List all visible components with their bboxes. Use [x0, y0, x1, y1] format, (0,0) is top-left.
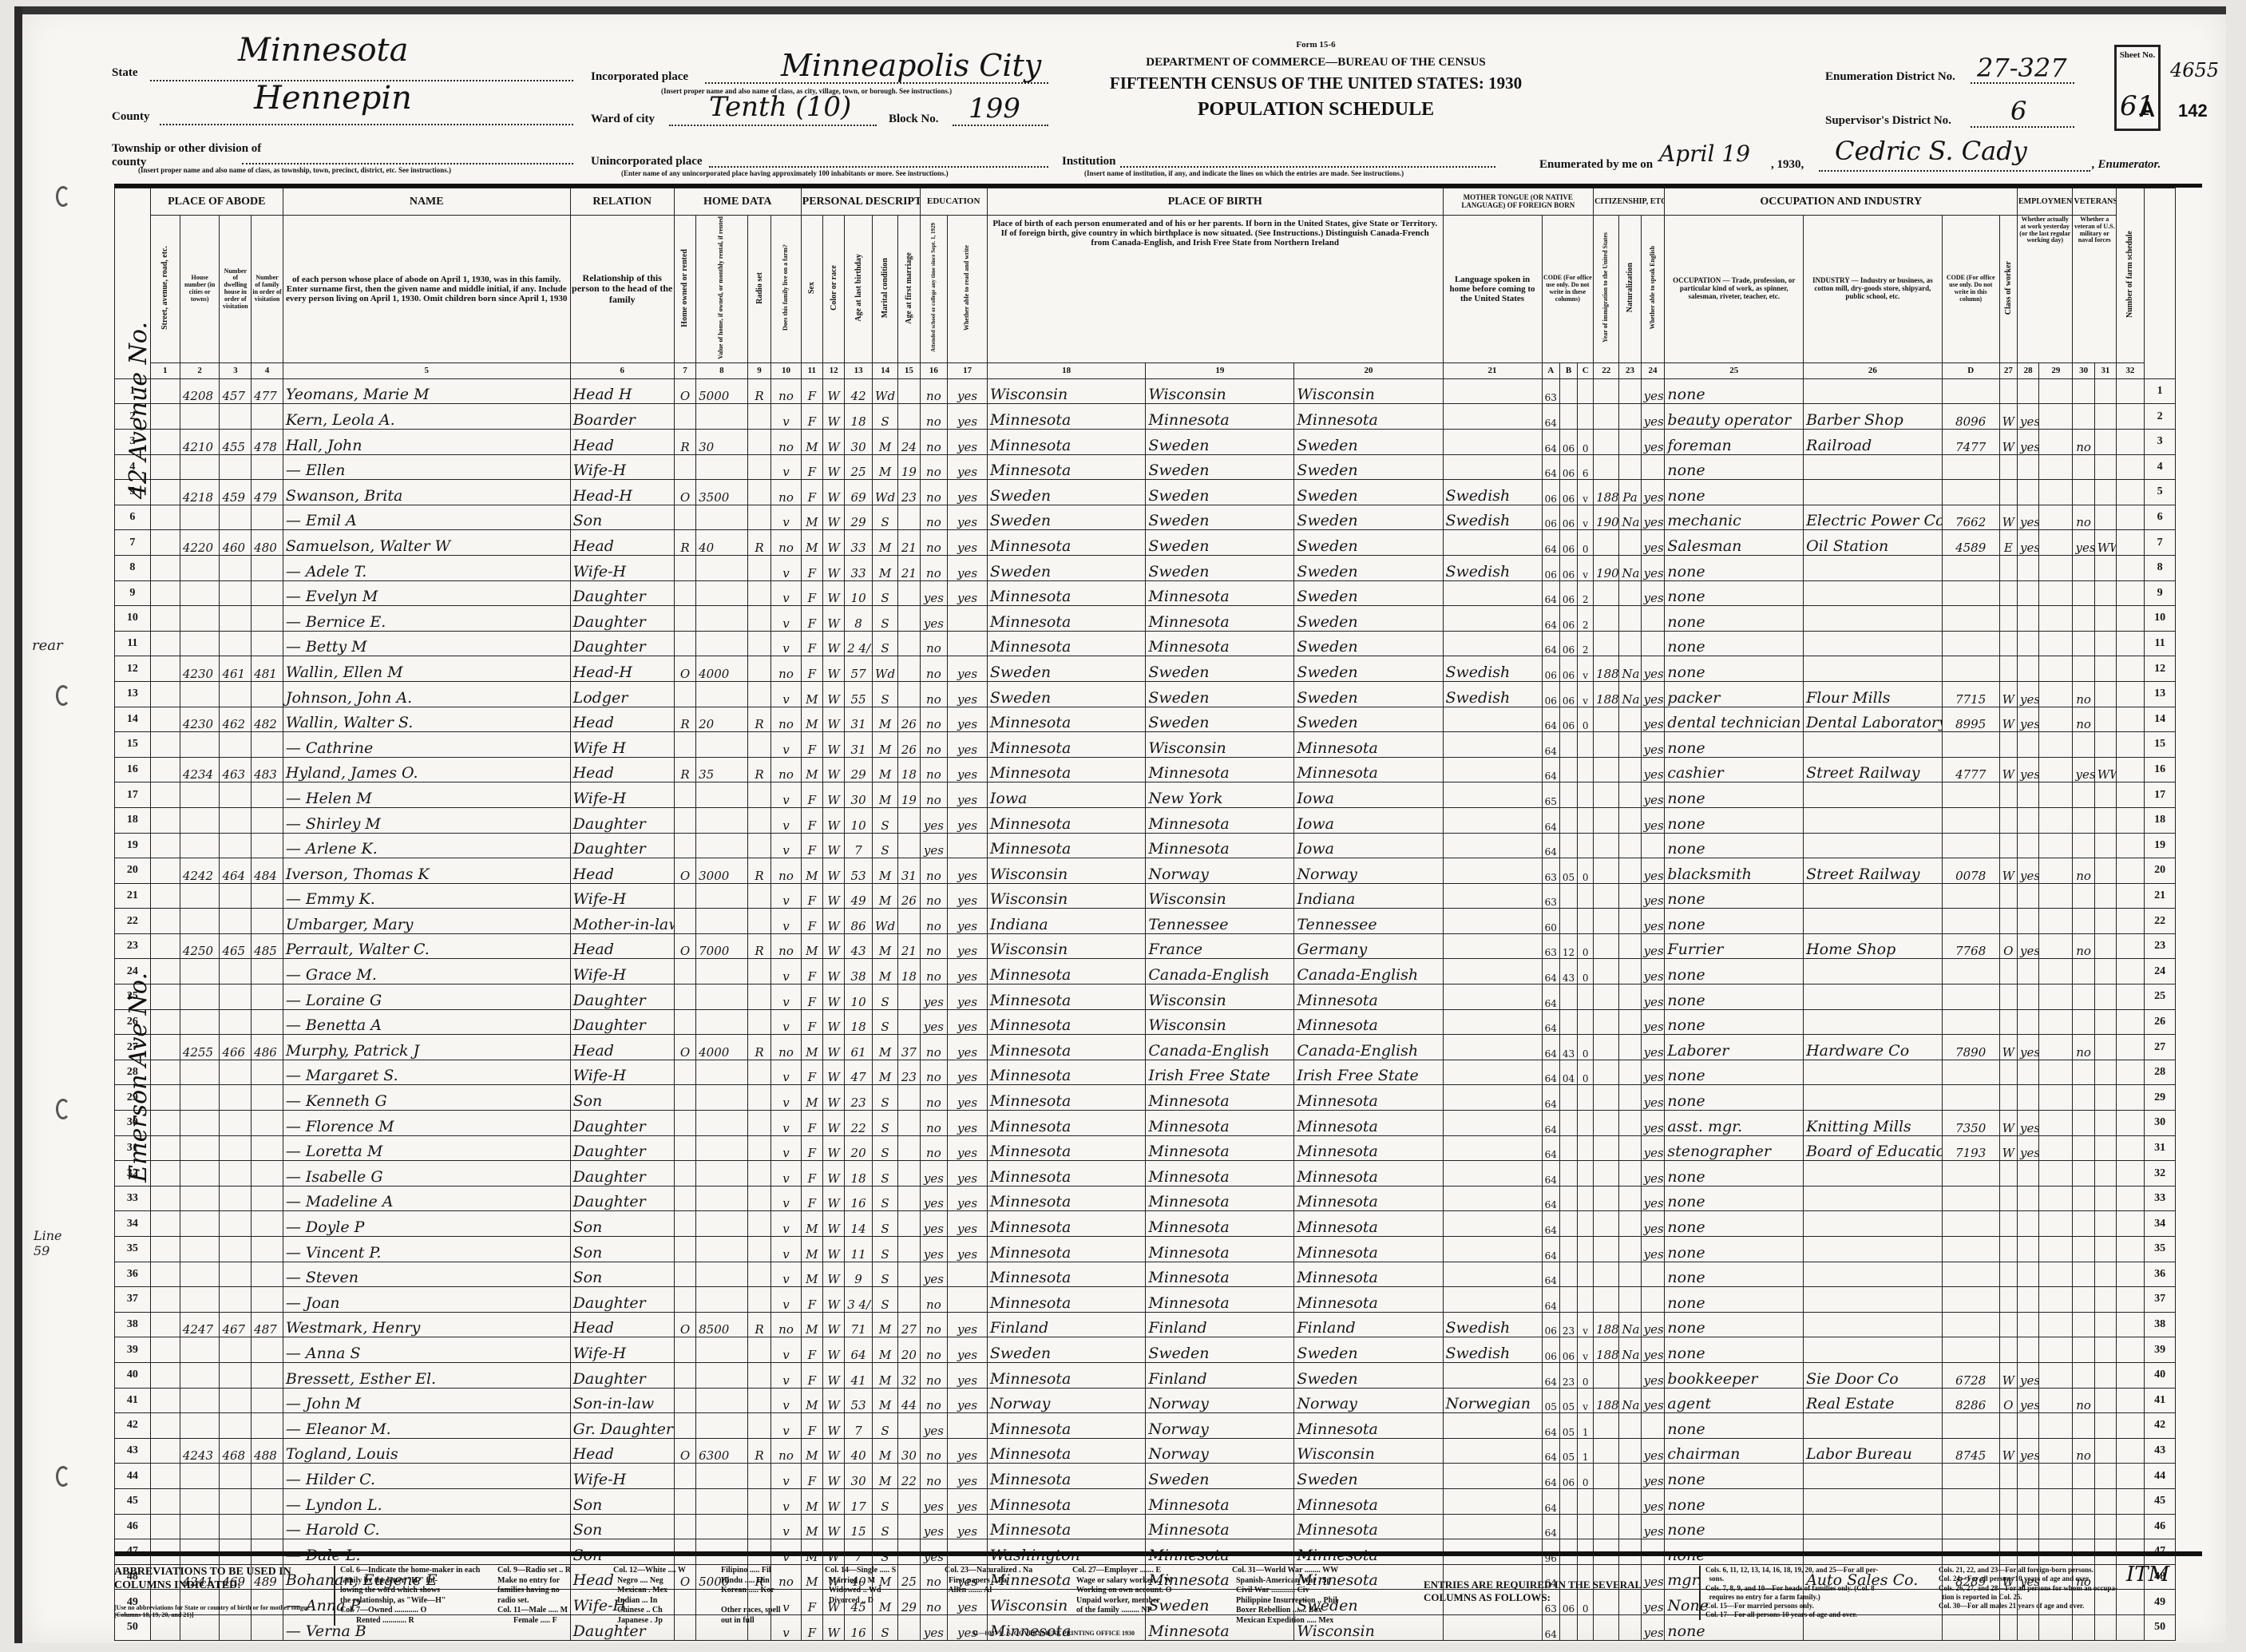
- cell-family: [252, 681, 283, 707]
- cell-cC: [1578, 833, 1594, 858]
- cell-marital: M: [872, 1337, 897, 1363]
- cell-immig: [1594, 883, 1619, 909]
- cell-ind: Hardware Co: [1804, 1035, 1943, 1060]
- cell-natur: [1619, 984, 1641, 1010]
- cell-marital: S: [872, 807, 897, 833]
- cell-mbp: Sweden: [1294, 555, 1443, 580]
- cell-bp: Sweden: [987, 1337, 1145, 1363]
- cell-marital: Wd: [872, 656, 897, 682]
- line-number: 22: [115, 909, 151, 934]
- cell-radio: [747, 1211, 771, 1237]
- cell-fbp: Minnesota: [1146, 1161, 1294, 1187]
- cell-family: [252, 1111, 283, 1136]
- group-place-of-abode: PLACE OF ABODE: [150, 188, 283, 216]
- line-number-right: 9: [2144, 580, 2176, 606]
- cell-marital: Wd: [872, 480, 897, 505]
- cell-unemp: [2039, 1388, 2073, 1413]
- cell-radio: [747, 404, 771, 430]
- cell-name: Samuelson, Walter W: [283, 530, 570, 556]
- cell-cls: [1999, 1009, 2017, 1035]
- reviewer-initials: ITM: [2126, 1563, 2169, 1587]
- cell-owned: [674, 807, 695, 833]
- cell-war: [2094, 1009, 2116, 1035]
- cell-value: [696, 1514, 748, 1539]
- cell-street: [150, 732, 180, 758]
- cell-cls: W: [1999, 1362, 2017, 1388]
- cell-fbp: Wisconsin: [1146, 984, 1294, 1010]
- cell-english: yes: [1641, 1488, 1665, 1514]
- line-number-right: 8: [2144, 555, 2176, 580]
- cell-fbp: Sweden: [1146, 480, 1294, 505]
- cell-radio: [747, 681, 771, 707]
- cell-owned: O: [674, 656, 695, 682]
- cell-war: [2094, 707, 2116, 732]
- table-row: 44— Hilder C.Wife-HvFW30M22noyesMinnesot…: [115, 1464, 2202, 1489]
- cell-english: yes: [1641, 707, 1665, 732]
- cell-war: [2094, 1135, 2116, 1161]
- cell-cls: W: [1999, 858, 2017, 884]
- group-personal: PERSONAL DESCRIPTION: [801, 188, 920, 216]
- cell-read: yes: [948, 858, 988, 884]
- cell-dwelling: [220, 1135, 252, 1161]
- cell-relation: Daughter: [570, 807, 674, 833]
- cell-family: [252, 1514, 283, 1539]
- cell-race: W: [822, 1514, 844, 1539]
- cell-cA: 64: [1542, 1085, 1559, 1111]
- cell-value: [696, 1237, 748, 1262]
- cell-read: [948, 1262, 988, 1287]
- cell-relation: Daughter: [570, 833, 674, 858]
- cell-code: [1942, 1464, 1999, 1489]
- cell-natur: [1619, 858, 1641, 884]
- cell-cls: E: [1999, 530, 2017, 556]
- cell-age: 64: [845, 1337, 873, 1363]
- cell-unemp: [2039, 933, 2073, 959]
- cell-immig: [1594, 1488, 1619, 1514]
- cell-value: [696, 732, 748, 758]
- cell-fbp: Wisconsin: [1146, 732, 1294, 758]
- department: DEPARTMENT OF COMMERCE—BUREAU OF THE CEN…: [1140, 56, 1491, 69]
- cell-school: no: [920, 1337, 948, 1363]
- abbr-col27: Col. 27—Employer ....... E Wage or salar…: [1072, 1566, 1172, 1616]
- cell-age-marr: 19: [898, 454, 920, 480]
- cell-radio: [747, 959, 771, 984]
- cell-sex: M: [801, 1312, 822, 1337]
- cell-immig: [1594, 430, 1619, 455]
- cell-fbp: Minnesota: [1146, 1287, 1294, 1313]
- cell-natur: [1619, 807, 1641, 833]
- cell-owned: [674, 1161, 695, 1187]
- cell-school: no: [920, 1312, 948, 1337]
- cell-farm: v: [771, 1060, 801, 1085]
- cell-farm: v: [771, 1135, 801, 1161]
- cell-bp: Minnesota: [987, 1009, 1145, 1035]
- cell-dwelling: [220, 1287, 252, 1313]
- column-number: 23: [1619, 362, 1641, 378]
- cell-radio: R: [747, 1438, 771, 1464]
- cell-work: [2018, 959, 2039, 984]
- cell-dwelling: [220, 681, 252, 707]
- column-number: 26: [1804, 362, 1943, 378]
- cell-tongue: [1443, 984, 1542, 1010]
- cell-immig: 1884: [1594, 1337, 1619, 1363]
- cell-occ: none: [1665, 959, 1804, 984]
- cell-unemp: [2039, 454, 2073, 480]
- line-number-right: 46: [2144, 1514, 2176, 1539]
- cell-radio: [747, 1237, 771, 1262]
- cell-farmsch: [2117, 1413, 2145, 1439]
- cell-age-marr: [898, 505, 920, 530]
- cell-relation: Daughter: [570, 1135, 674, 1161]
- cell-owned: [674, 1287, 695, 1313]
- cell-ind: Oil Station: [1804, 530, 1943, 556]
- cell-cls: [1999, 1413, 2017, 1439]
- cell-tongue: [1443, 1135, 1542, 1161]
- cell-bp: Minnesota: [987, 430, 1145, 455]
- cell-work: [2018, 807, 2039, 833]
- cell-bp: Norway: [987, 1388, 1145, 1413]
- cell-work: [2018, 580, 2039, 606]
- header-c3: Number of dwelling house in order of vis…: [220, 216, 252, 363]
- cell-ind: [1804, 1085, 1943, 1111]
- cell-war: [2094, 454, 2116, 480]
- cell-value: [696, 1211, 748, 1237]
- cell-mbp: Irish Free State: [1294, 1060, 1443, 1085]
- cell-unemp: [2039, 1009, 2073, 1035]
- enumerated-label: Enumerated by me on: [1539, 158, 1653, 172]
- cell-immig: [1594, 858, 1619, 884]
- cell-marital: M: [872, 757, 897, 782]
- cell-tongue: [1443, 1035, 1542, 1060]
- line-number: 17: [115, 782, 151, 808]
- cell-work: yes: [2018, 404, 2039, 430]
- cell-age-marr: 19: [898, 782, 920, 808]
- cell-mbp: Norway: [1294, 858, 1443, 884]
- cell-house: [180, 1362, 220, 1388]
- cell-street: [150, 707, 180, 732]
- column-number: 10: [771, 362, 801, 378]
- line-number-right: 39: [2144, 1337, 2176, 1363]
- cell-age-marr: [898, 1413, 920, 1439]
- cell-natur: [1619, 1035, 1641, 1060]
- cell-ind: [1804, 1464, 1943, 1489]
- cell-cB: 06: [1559, 631, 1577, 656]
- cell-immig: [1594, 378, 1619, 404]
- cell-name: Yeomans, Marie M: [283, 378, 570, 404]
- cell-name: — Margaret S.: [283, 1060, 570, 1085]
- cell-cls: [1999, 1514, 2017, 1539]
- header-c10: Does this family live on a farm?: [782, 244, 790, 331]
- cell-natur: [1619, 782, 1641, 808]
- cell-age: 33: [845, 530, 873, 556]
- cell-vet: [2073, 555, 2094, 580]
- cell-mbp: Sweden: [1294, 1362, 1443, 1388]
- cell-ind: [1804, 732, 1943, 758]
- cell-read: [948, 631, 988, 656]
- cell-cB: 06: [1559, 1464, 1577, 1489]
- cell-cls: W: [1999, 505, 2017, 530]
- cell-house: [180, 1262, 220, 1287]
- cell-bp: Minnesota: [987, 959, 1145, 984]
- cell-farm: v: [771, 555, 801, 580]
- cell-war: [2094, 933, 2116, 959]
- cell-relation: Son: [570, 505, 674, 530]
- cell-cA: 64: [1542, 1161, 1559, 1187]
- cell-dwelling: 460: [220, 530, 252, 556]
- cell-tongue: [1443, 1362, 1542, 1388]
- cell-owned: [674, 631, 695, 656]
- line-number-right: 3: [2144, 430, 2176, 455]
- cell-immig: [1594, 1514, 1619, 1539]
- cell-school: yes: [920, 1161, 948, 1187]
- cell-cls: [1999, 1312, 2017, 1337]
- cell-cls: W: [1999, 430, 2017, 455]
- cell-sex: F: [801, 606, 822, 632]
- cell-english: yes: [1641, 378, 1665, 404]
- cell-natur: [1619, 1060, 1641, 1085]
- cell-relation: Daughter: [570, 631, 674, 656]
- cell-english: yes: [1641, 1237, 1665, 1262]
- cell-house: 4250: [180, 933, 220, 959]
- cell-cC: 0: [1578, 858, 1594, 884]
- cell-age: 9: [845, 1262, 873, 1287]
- line-number: 34: [115, 1211, 151, 1237]
- cell-tongue: [1443, 631, 1542, 656]
- table-body: 14208457477Yeomans, Marie MHead HO5000Rn…: [115, 378, 2202, 1640]
- cell-work: yes: [2018, 1438, 2039, 1464]
- cell-farmsch: [2117, 1312, 2145, 1337]
- cell-farm: no: [771, 933, 801, 959]
- cell-vet: [2073, 883, 2094, 909]
- cell-war: [2094, 807, 2116, 833]
- cell-unemp: [2039, 1135, 2073, 1161]
- cell-war: [2094, 1237, 2116, 1262]
- cell-race: W: [822, 1337, 844, 1363]
- table-row: 40Bressett, Esther El.DaughtervFW41M32no…: [115, 1362, 2202, 1388]
- line-number-right: 11: [2144, 631, 2176, 656]
- cell-cA: 65: [1542, 782, 1559, 808]
- cell-cB: [1559, 1161, 1577, 1187]
- cell-dwelling: [220, 1237, 252, 1262]
- cell-read: yes: [948, 1362, 988, 1388]
- cell-read: yes: [948, 480, 988, 505]
- cell-radio: R: [747, 933, 771, 959]
- header-c24: Whether able to speak English: [1650, 246, 1657, 329]
- cell-bp: Minnesota: [987, 1035, 1145, 1060]
- cell-mbp: Minnesota: [1294, 1413, 1443, 1439]
- cell-vet: no: [2073, 707, 2094, 732]
- line-number: 8: [115, 555, 151, 580]
- cell-value: 4000: [696, 1035, 748, 1060]
- cell-occ: Salesman: [1665, 530, 1804, 556]
- cell-family: 477: [252, 378, 283, 404]
- cell-bp: Minnesota: [987, 1262, 1145, 1287]
- cell-read: yes: [948, 959, 988, 984]
- cell-occ: none: [1665, 606, 1804, 632]
- cell-street: [150, 1161, 180, 1187]
- cell-english: yes: [1641, 530, 1665, 556]
- institution-label: Institution: [1062, 155, 1116, 168]
- cell-house: [180, 454, 220, 480]
- cell-read: yes: [948, 933, 988, 959]
- line-number-right: 41: [2144, 1388, 2176, 1413]
- cell-mbp: Indiana: [1294, 883, 1443, 909]
- cell-natur: Na: [1619, 555, 1641, 580]
- cell-unemp: [2039, 1464, 2073, 1489]
- cell-sex: M: [801, 1262, 822, 1287]
- cell-sex: M: [801, 933, 822, 959]
- cell-family: [252, 1135, 283, 1161]
- cell-occ: blacksmith: [1665, 858, 1804, 884]
- cell-owned: [674, 1237, 695, 1262]
- cell-cC: [1578, 883, 1594, 909]
- cell-house: 4208: [180, 378, 220, 404]
- cell-sex: F: [801, 1186, 822, 1211]
- line-number: 10: [115, 606, 151, 632]
- cell-fbp: Canada-English: [1146, 1035, 1294, 1060]
- cell-dwelling: [220, 1009, 252, 1035]
- group-employment: EMPLOYMENT: [2018, 188, 2073, 216]
- cell-cC: v: [1578, 555, 1594, 580]
- cell-fbp: Sweden: [1146, 555, 1294, 580]
- cell-cA: 64: [1542, 757, 1559, 782]
- cell-farm: v: [771, 1362, 801, 1388]
- cell-race: W: [822, 606, 844, 632]
- cell-read: yes: [948, 656, 988, 682]
- cell-marital: M: [872, 1388, 897, 1413]
- cell-farm: no: [771, 530, 801, 556]
- cell-race: W: [822, 530, 844, 556]
- cell-marital: M: [872, 707, 897, 732]
- cell-english: yes: [1641, 807, 1665, 833]
- cell-natur: [1619, 909, 1641, 934]
- cell-english: yes: [1641, 732, 1665, 758]
- cell-mbp: Sweden: [1294, 656, 1443, 682]
- header-c25: OCCUPATION — Trade, profession, or parti…: [1665, 216, 1804, 363]
- cell-war: [2094, 959, 2116, 984]
- cell-house: [180, 782, 220, 808]
- header-code-note: CODE (For office use only. Do not write …: [1542, 216, 1594, 363]
- cell-read: yes: [948, 1186, 988, 1211]
- cell-farm: v: [771, 1111, 801, 1136]
- cell-work: [2018, 782, 2039, 808]
- cell-school: no: [920, 1388, 948, 1413]
- cell-cA: 63: [1542, 933, 1559, 959]
- line-number-right: 22: [2144, 909, 2176, 934]
- cell-sex: F: [801, 1135, 822, 1161]
- entries-title: ENTRIES ARE REQUIRED IN THE SEVERAL COLU…: [1424, 1579, 1663, 1603]
- cell-occ: none: [1665, 1085, 1804, 1111]
- cell-owned: [674, 1337, 695, 1363]
- cell-natur: [1619, 933, 1641, 959]
- cell-race: W: [822, 1362, 844, 1388]
- cell-farmsch: [2117, 480, 2145, 505]
- cell-farmsch: [2117, 1009, 2145, 1035]
- column-number: 1: [150, 362, 180, 378]
- cell-war: [2094, 555, 2116, 580]
- line-number: 46: [115, 1514, 151, 1539]
- cell-work: [2018, 1287, 2039, 1313]
- cell-relation: Son: [570, 1085, 674, 1111]
- table-row: 14208457477Yeomans, Marie MHead HO5000Rn…: [115, 378, 2202, 404]
- cell-tongue: [1443, 782, 1542, 808]
- table-row: 30— Florence MDaughtervFW22SnoyesMinneso…: [115, 1111, 2202, 1136]
- cell-family: 480: [252, 530, 283, 556]
- table-row: 74220460480Samuelson, Walter WHeadR40Rno…: [115, 530, 2202, 556]
- cell-cA: 64: [1542, 1262, 1559, 1287]
- cell-cB: [1559, 833, 1577, 858]
- cell-school: no: [920, 404, 948, 430]
- cell-race: W: [822, 909, 844, 934]
- cell-read: yes: [948, 883, 988, 909]
- cell-name: Hyland, James O.: [283, 757, 570, 782]
- ward-value: Tenth (10): [709, 91, 851, 123]
- cell-cls: [1999, 631, 2017, 656]
- cell-fbp: Sweden: [1146, 681, 1294, 707]
- cell-age: 43: [845, 933, 873, 959]
- cell-age-marr: 32: [898, 1362, 920, 1388]
- cell-war: [2094, 1312, 2116, 1337]
- cell-english: yes: [1641, 782, 1665, 808]
- cell-street: [150, 1488, 180, 1514]
- cell-bp: Minnesota: [987, 1413, 1145, 1439]
- cell-dwelling: [220, 1464, 252, 1489]
- cell-read: [948, 1287, 988, 1313]
- cell-work: yes: [2018, 430, 2039, 455]
- cell-sex: F: [801, 1362, 822, 1388]
- cell-unemp: [2039, 1438, 2073, 1464]
- cell-race: W: [822, 404, 844, 430]
- cell-street: [150, 656, 180, 682]
- cell-code: 7715: [1942, 681, 1999, 707]
- column-number: 8: [696, 362, 748, 378]
- header-c17: Whether able to read and write: [964, 245, 971, 331]
- cell-race: W: [822, 757, 844, 782]
- cell-farm: v: [771, 1388, 801, 1413]
- cell-fbp: Minnesota: [1146, 631, 1294, 656]
- table-row: 36— StevenSonvMW9SyesMinnesotaMinnesotaM…: [115, 1262, 2202, 1287]
- cell-work: [2018, 1161, 2039, 1187]
- cell-relation: Son: [570, 1514, 674, 1539]
- line-number: 37: [115, 1287, 151, 1313]
- cell-race: W: [822, 454, 844, 480]
- cell-war: [2094, 1488, 2116, 1514]
- cell-code: 7193: [1942, 1135, 1999, 1161]
- cell-code: [1942, 1262, 1999, 1287]
- cell-age: 41: [845, 1362, 873, 1388]
- cell-war: [2094, 883, 2116, 909]
- cell-immig: [1594, 732, 1619, 758]
- cell-cls: [1999, 1060, 2017, 1085]
- cell-tongue: [1443, 1237, 1542, 1262]
- cell-work: [2018, 1337, 2039, 1363]
- cell-radio: [747, 1388, 771, 1413]
- cell-cA: 64: [1542, 807, 1559, 833]
- cell-age-marr: [898, 656, 920, 682]
- cell-immig: [1594, 1413, 1619, 1439]
- cell-mbp: Minnesota: [1294, 1009, 1443, 1035]
- cell-marital: S: [872, 1161, 897, 1187]
- cell-natur: [1619, 1413, 1641, 1439]
- cell-farm: v: [771, 1186, 801, 1211]
- cell-occ: none: [1665, 883, 1804, 909]
- cell-bp: Minnesota: [987, 1211, 1145, 1237]
- cell-age: 10: [845, 984, 873, 1010]
- cell-natur: [1619, 606, 1641, 632]
- line-number-right: 44: [2144, 1464, 2176, 1489]
- cell-age: 7: [845, 833, 873, 858]
- table-row: 25— Loraine GDaughtervFW10SyesyesMinneso…: [115, 984, 2202, 1010]
